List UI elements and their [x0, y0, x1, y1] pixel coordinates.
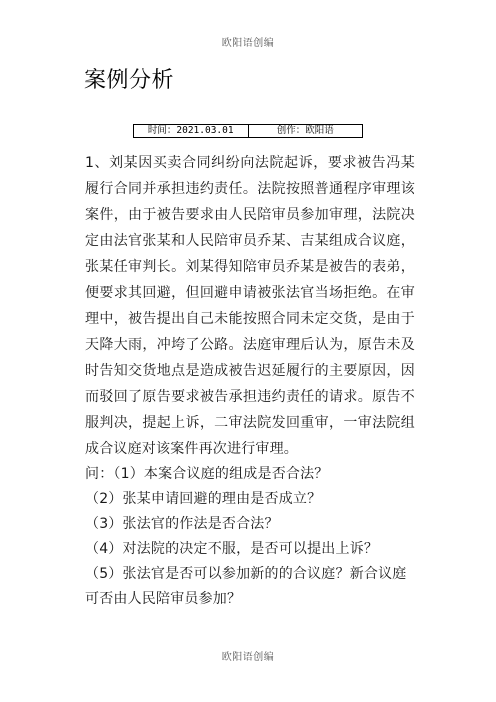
page-header: 欧阳语创编 — [0, 34, 496, 49]
question-item-3: （3）张法官的作法是否合法？ — [85, 512, 415, 537]
meta-table: 时间：2021.03.01 创作：欧阳语 — [133, 124, 363, 138]
meta-author: 创作：欧阳语 — [248, 125, 363, 137]
question-list: 问：（1）本案合议庭的组成是否合法？ （2）张某申请回避的理由是否成立？ （3）… — [85, 462, 415, 612]
document-title: 案例分析 — [84, 68, 174, 94]
document-body: 1、刘某因买卖合同纠纷向法院起诉，要求被告冯某履行合同并承担违约责任。法院按照普… — [85, 150, 415, 612]
case-paragraph: 1、刘某因买卖合同纠纷向法院起诉，要求被告冯某履行合同并承担违约责任。法院按照普… — [85, 150, 415, 462]
page-footer: 欧阳语创编 — [0, 648, 496, 663]
question-item-4: （4）对法院的决定不服，是否可以提出上诉？ — [85, 537, 415, 562]
question-item-2: （2）张某申请回避的理由是否成立？ — [85, 487, 415, 512]
meta-time: 时间：2021.03.01 — [134, 125, 248, 137]
question-item-5: （5）张法官是否可以参加新的的合议庭？新合议庭可否由人民陪审员参加？ — [85, 562, 415, 612]
question-item-1: 问：（1）本案合议庭的组成是否合法？ — [85, 462, 415, 487]
